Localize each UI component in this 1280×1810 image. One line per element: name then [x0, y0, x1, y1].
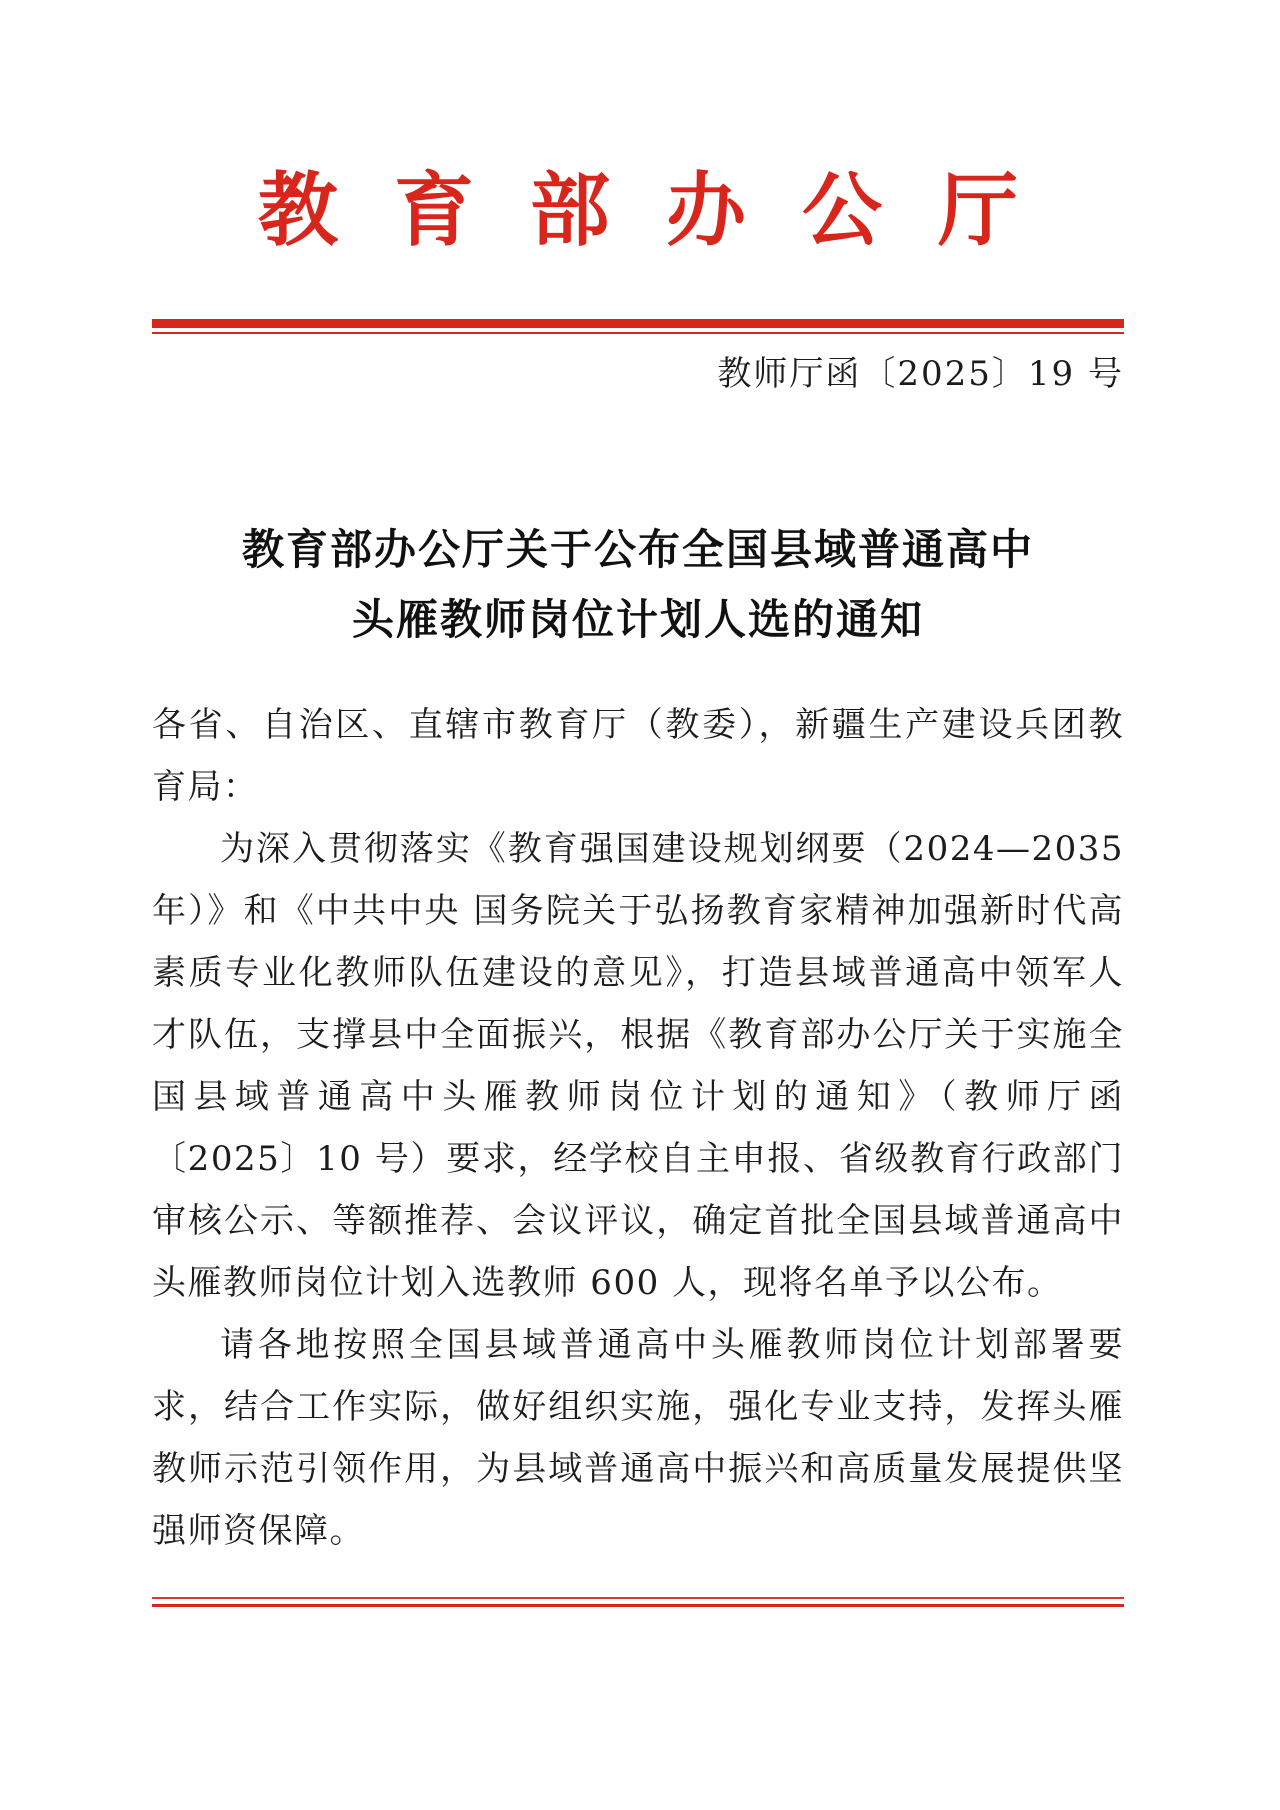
letterhead-rule-thin	[152, 332, 1124, 334]
salutation: 各省、自治区、直辖市教育厅（教委），新疆生产建设兵团教育局：	[152, 694, 1124, 818]
letterhead-org-title: 教育部办公厅	[152, 166, 1124, 254]
official-notice-page: 教育部办公厅 教师厅函〔2025〕19 号 教育部办公厅关于公布全国县域普通高中…	[0, 0, 1280, 1810]
document-title: 教育部办公厅关于公布全国县域普通高中 头雁教师岗位计划人选的通知	[152, 515, 1124, 655]
footer-rule-bottom	[152, 1604, 1124, 1607]
document-title-line1: 教育部办公厅关于公布全国县域普通高中	[152, 515, 1124, 585]
body-paragraph-1: 为深入贯彻落实《教育强国建设规划纲要（2024—2035年）》和《中共中央 国务…	[152, 818, 1124, 1314]
letterhead-rule-thick	[152, 319, 1124, 328]
footer-rule-top	[152, 1597, 1124, 1599]
document-title-line2: 头雁教师岗位计划人选的通知	[152, 585, 1124, 655]
body-paragraph-2: 请各地按照全国县域普通高中头雁教师岗位计划部署要求，结合工作实际，做好组织实施，…	[152, 1314, 1124, 1562]
document-number: 教师厅函〔2025〕19 号	[152, 352, 1124, 396]
document-body: 各省、自治区、直辖市教育厅（教委），新疆生产建设兵团教育局： 为深入贯彻落实《教…	[152, 694, 1124, 1562]
